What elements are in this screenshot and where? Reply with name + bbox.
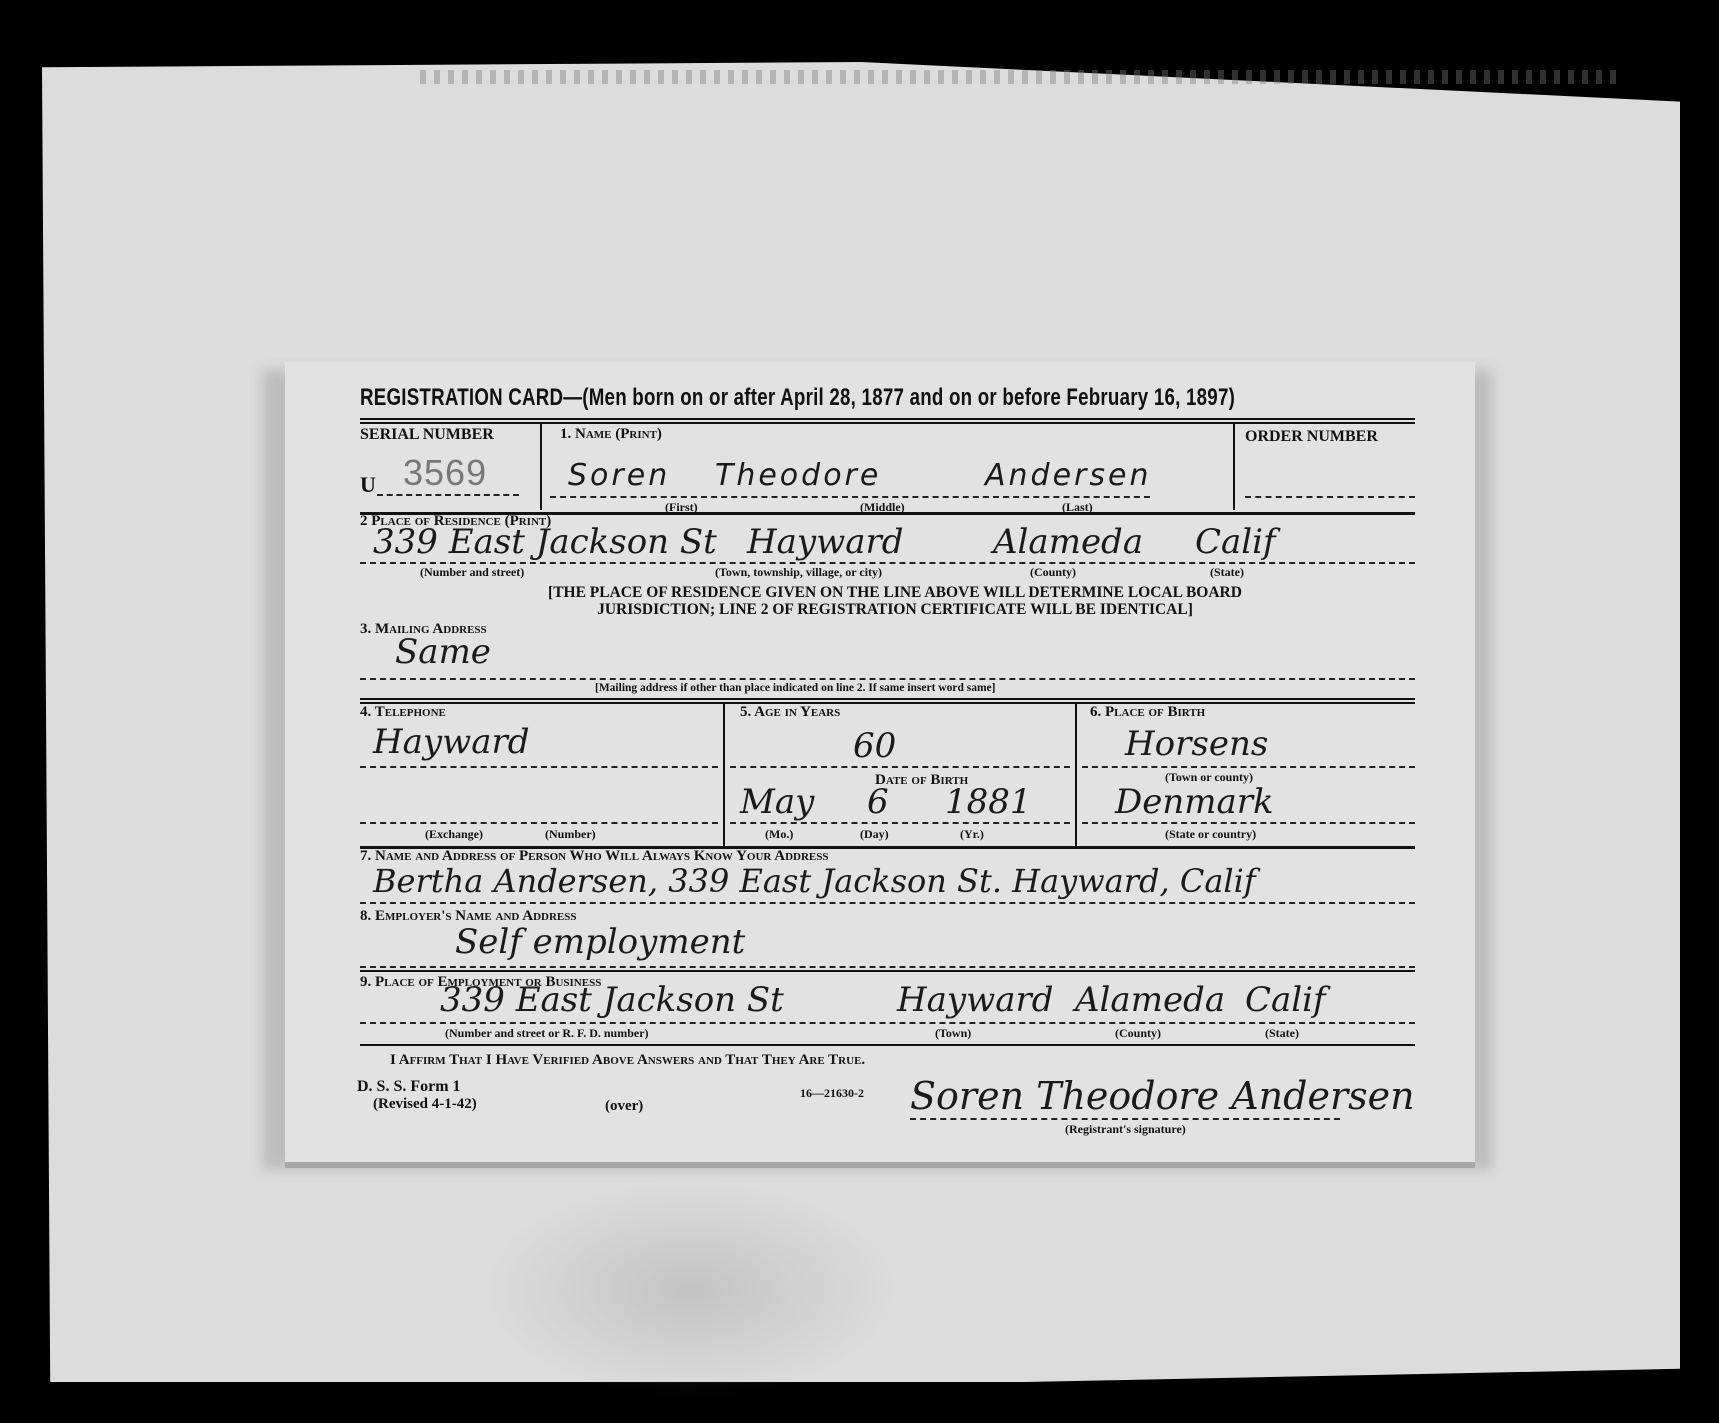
telephone-line-1: [360, 766, 718, 768]
dob-month: May: [740, 782, 814, 822]
residence-town: Hayward: [747, 522, 904, 562]
serial-number-value: 3569: [403, 452, 487, 494]
residence-street: 339 East Jackson St: [373, 522, 717, 562]
workplace-state: Calif: [1245, 980, 1326, 1020]
title-double-rule: [360, 418, 1415, 424]
order-number-line: [1245, 496, 1415, 498]
contact-line: [360, 902, 1415, 904]
employer-line: [360, 966, 1415, 968]
serial-number-label: SERIAL NUMBER: [360, 426, 494, 444]
serial-line: [377, 494, 519, 496]
caption-street: (Number and street): [420, 565, 524, 580]
caption-workplace-street: (Number and street or R. F. D. number): [445, 1026, 649, 1041]
birthplace-town: Horsens: [1125, 724, 1268, 764]
registrant-signature: Soren Theodore Andersen: [910, 1074, 1415, 1118]
name-last: Andersen: [985, 458, 1151, 493]
workplace-town: Hayward: [897, 980, 1054, 1020]
section-double-rule: [360, 698, 1415, 704]
age-value: 60: [853, 726, 896, 766]
mat-stain: [480, 1180, 900, 1400]
jurisdiction-notice: [THE PLACE OF RESIDENCE GIVEN ON THE LIN…: [415, 584, 1375, 618]
workplace-county: Alameda: [1075, 980, 1225, 1020]
notice-line-1: [THE PLACE OF RESIDENCE GIVEN ON THE LIN…: [415, 584, 1375, 601]
name-line: [550, 496, 1150, 498]
workplace-street: 339 East Jackson St: [440, 980, 784, 1020]
caption-day: (Day): [860, 827, 889, 842]
notice-line-2: JURISDICTION; LINE 2 OF REGISTRATION CER…: [415, 601, 1375, 618]
divider: [1233, 422, 1235, 510]
workplace-line: [360, 1022, 1415, 1024]
mailing-caption: [Mailing address if other than place ind…: [595, 682, 995, 694]
telephone-line-2: [360, 822, 718, 824]
birthplace-label: 6. Place of Birth: [1090, 704, 1205, 721]
form-number: D. S. S. Form 1: [357, 1078, 461, 1096]
caption-month: (Mo.): [765, 827, 793, 842]
caption-exchange: (Exchange): [425, 827, 483, 842]
residence-line: [360, 562, 1415, 564]
mailing-line: [360, 678, 1415, 680]
caption-number: (Number): [545, 827, 596, 842]
affirmation-text: I Affirm That I Have Verified Above Answ…: [390, 1052, 865, 1069]
name-first: Soren: [568, 458, 670, 493]
over-note: (over): [605, 1098, 643, 1115]
signature-caption: (Registrant's signature): [1065, 1122, 1186, 1137]
dob-day: 6: [867, 782, 889, 822]
residence-county: Alameda: [993, 522, 1143, 562]
caption-birth-country: (State or country): [1165, 827, 1256, 842]
mat-torn-edge: [420, 70, 1620, 84]
caption-state: (State): [1210, 565, 1244, 580]
telephone-label: 4. Telephone: [360, 704, 446, 721]
name-label: 1. Name (Print): [560, 426, 662, 443]
telephone-value: Hayward: [373, 722, 530, 762]
contact-value: Bertha Andersen, 339 East Jackson St. Ha…: [373, 862, 1256, 900]
residence-state: Calif: [1195, 522, 1276, 562]
employer-value: Self employment: [455, 922, 745, 962]
section-rule: [360, 1044, 1415, 1046]
birthplace-country-line: [1082, 822, 1415, 824]
caption-workplace-state: (State): [1265, 1026, 1299, 1041]
dob-year: 1881: [945, 782, 1032, 822]
divider: [723, 702, 725, 847]
caption-workplace-county: (County): [1115, 1026, 1161, 1041]
caption-county: (County): [1030, 565, 1076, 580]
name-middle: Theodore: [715, 458, 881, 493]
serial-prefix: U: [360, 472, 376, 498]
card-title: REGISTRATION CARD—(Men born on or after …: [360, 384, 1235, 412]
mailing-value: Same: [395, 632, 491, 672]
dob-line: [730, 822, 1070, 824]
age-label: 5. Age in Years: [740, 704, 840, 721]
form-code: 16—21630-2: [800, 1086, 864, 1101]
caption-town: (Town, township, village, or city): [715, 565, 882, 580]
registration-card: REGISTRATION CARD—(Men born on or after …: [285, 362, 1475, 1168]
section-rule: [360, 970, 1415, 972]
caption-workplace-town: (Town): [935, 1026, 971, 1041]
signature-line: [910, 1118, 1340, 1120]
divider: [1075, 702, 1077, 847]
order-number-label: ORDER NUMBER: [1245, 428, 1378, 446]
caption-year: (Yr.): [960, 827, 984, 842]
birthplace-town-line: [1082, 766, 1415, 768]
birthplace-country: Denmark: [1115, 782, 1274, 822]
age-line: [730, 766, 1070, 768]
divider: [540, 422, 542, 510]
form-revised: (Revised 4-1-42): [373, 1096, 477, 1113]
